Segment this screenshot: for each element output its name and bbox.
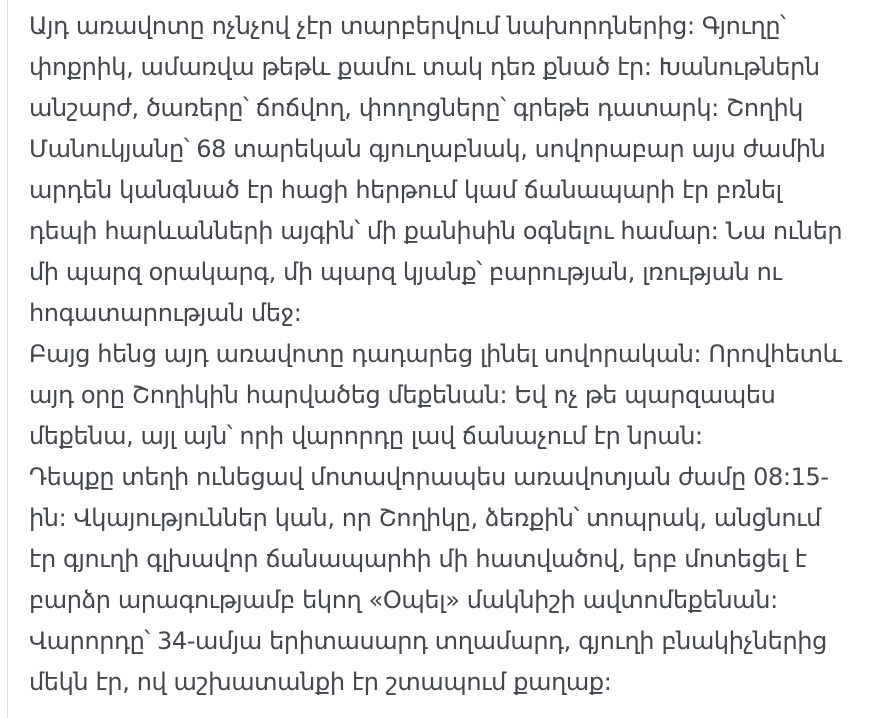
text-line: էր գյուղի գլխավոր ճանապարհի մի հատվածով,… (29, 539, 867, 580)
text-line: Այդ առավոտը ոչնչով չէր տարբերվում նախորդ… (29, 6, 867, 47)
text-line: Դեպքը տեղի ունեցավ մոտավորապես առավոտյան… (29, 457, 867, 498)
text-line: արդեն կանգնած էր հացի հերթում կամ ճանապա… (29, 170, 867, 211)
text-line: ին: Վկայություններ կան, որ Շողիկը, ձեռքի… (29, 498, 867, 539)
text-line: Մանուկյանը՝ 68 տարեկան գյուղաբնակ, սովոր… (29, 129, 867, 170)
content-left-divider (7, 0, 8, 718)
paragraph: Բայց հենց այդ առավոտը դադարեց լինել սովո… (29, 334, 867, 457)
article-text-block: Այդ առավոտը ոչնչով չէր տարբերվում նախորդ… (29, 6, 867, 703)
text-line: մեկն էր, ով աշխատանքի էր շտապում քաղաք: (29, 662, 867, 703)
paragraph: Այդ առավոտը ոչնչով չէր տարբերվում նախորդ… (29, 6, 867, 334)
text-line: Բայց հենց այդ առավոտը դադարեց լինել սովո… (29, 334, 867, 375)
text-line: այդ օրը Շողիկին հարվածեց մեքենան: Եվ ոչ … (29, 375, 867, 416)
paragraph: Դեպքը տեղի ունեցավ մոտավորապես առավոտյան… (29, 457, 867, 703)
text-line: բարձր արագությամբ եկող «Օպել» մակնիշի ավ… (29, 580, 867, 621)
text-line: Վարորդը՝ 34-ամյա երիտասարդ տղամարդ, գյու… (29, 621, 867, 662)
text-line: դեպի հարևանների այգին՝ մի քանիսին օգնելո… (29, 211, 867, 252)
text-line: փոքրիկ, ամառվա թեթև քամու տակ դեռ քնած է… (29, 47, 867, 88)
text-line: մեքենա, այլ այն՝ որի վարորդը լավ ճանաչու… (29, 416, 867, 457)
text-line: հոգատարության մեջ: (29, 293, 867, 334)
text-line: մի պարզ օրակարգ, մի պարզ կյանք՝ բարությա… (29, 252, 867, 293)
text-line: անշարժ, ծառերը՝ ճոճվող, փողոցները՝ գրեթե… (29, 88, 867, 129)
